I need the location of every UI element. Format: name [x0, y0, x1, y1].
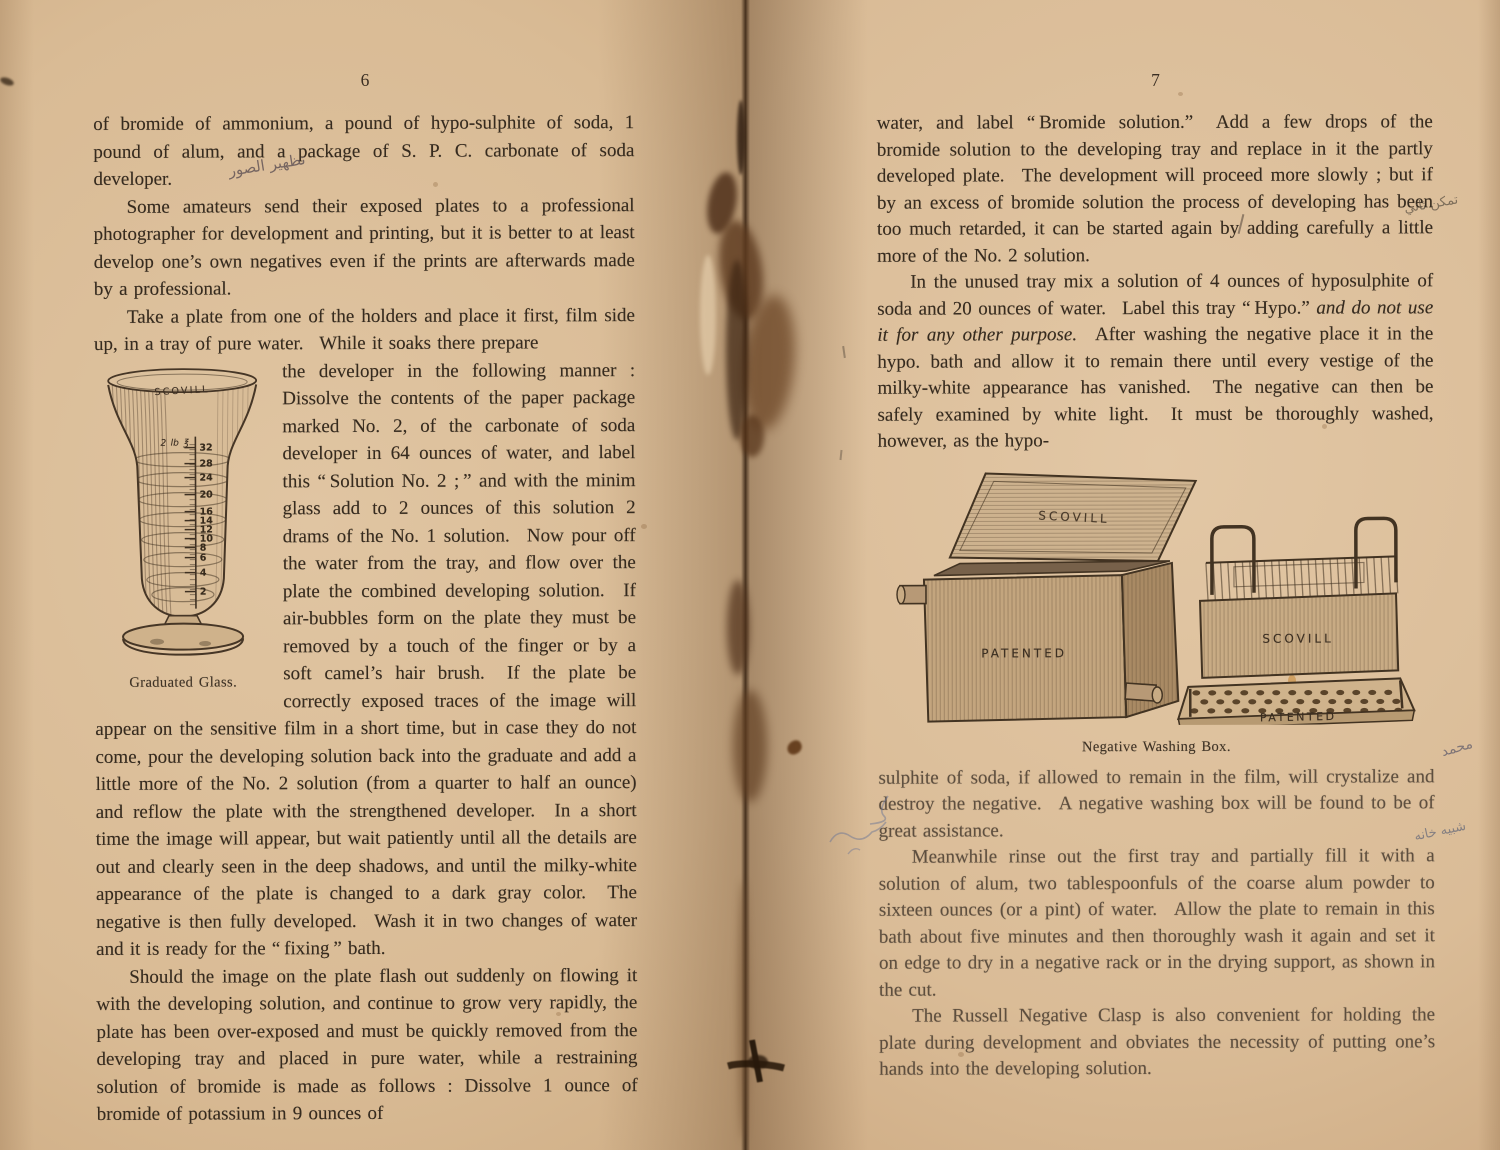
left-page-number: 6	[95, 70, 636, 91]
paragraph: Take a plate from one of the holders and…	[94, 302, 635, 359]
right-page-text-column: water, and label “ Bromide solution.” Ad…	[877, 109, 1436, 1083]
burn-stain	[740, 415, 764, 457]
svg-text:2: 2	[200, 586, 207, 597]
paragraph: The Russell Negative Clasp is also conve…	[879, 1002, 1435, 1083]
figure-caption: Negative Washing Box.	[886, 733, 1426, 761]
right-page-number: 7	[878, 70, 1434, 91]
left-page-edge	[0, 0, 34, 1150]
gutter-shadow-right	[748, 0, 868, 1150]
gutter-soil	[738, 880, 748, 1140]
washing-box-illustration: SCOVILL PATENTED	[894, 466, 1419, 725]
burn-stain	[726, 260, 748, 440]
burn-stain	[733, 690, 767, 802]
left-page-text-column: of bromide of ammonium, a pound of hypo-…	[93, 109, 638, 1128]
binding-stitch	[722, 1032, 792, 1096]
handwritten-squiggle	[818, 780, 908, 870]
paragraph: water, and label “ Bromide solution.” Ad…	[877, 109, 1433, 269]
glass-scale-header: 2 lb ℥	[160, 438, 189, 448]
torn-paper-highlight	[700, 255, 716, 375]
svg-text:24: 24	[199, 472, 213, 483]
paragraph: Some amateurs send their exposed plates …	[94, 192, 635, 304]
right-page-edge	[1478, 0, 1500, 1150]
washing-box-figure: SCOVILL PATENTED	[886, 466, 1427, 761]
paragraph: In the unused tray mix a solution of 4 o…	[877, 268, 1433, 455]
graduated-glass-figure: SCOVILL 32282420161412108642 2 lb ℥ Grad…	[94, 364, 271, 698]
paragraph: sulphite of soda, if allowed to remain i…	[878, 764, 1434, 845]
basket-brand-label: SCOVILL	[1262, 631, 1333, 645]
paragraph: Should the image on the plate flash out …	[96, 962, 638, 1129]
box-front-label: PATENTED	[981, 646, 1067, 660]
svg-text:4: 4	[200, 567, 207, 578]
svg-text:20: 20	[200, 489, 214, 500]
paragraph: of bromide of ammonium, a pound of hypo-…	[93, 109, 634, 193]
foxing-speck	[1178, 92, 1183, 96]
burn-stain	[737, 100, 745, 175]
graduated-glass-illustration: SCOVILL 32282420161412108642 2 lb ℥	[96, 364, 269, 661]
paragraph-with-figure: SCOVILL 32282420161412108642 2 lb ℥ Grad…	[94, 357, 637, 964]
foxing-speck	[641, 524, 647, 529]
figure-caption: Graduated Glass.	[95, 669, 271, 697]
svg-text:6: 6	[200, 552, 207, 563]
tray-label: PATENTED	[1260, 709, 1337, 724]
basket-slats	[1206, 556, 1398, 600]
book-spread: 6 7 of bromide of ammonium, a pound of h…	[0, 0, 1500, 1150]
svg-text:28: 28	[199, 458, 213, 469]
paragraph: Meanwhile rinse out the first tray and p…	[879, 843, 1435, 1003]
burn-stain	[727, 580, 749, 675]
svg-text:32: 32	[199, 442, 212, 453]
